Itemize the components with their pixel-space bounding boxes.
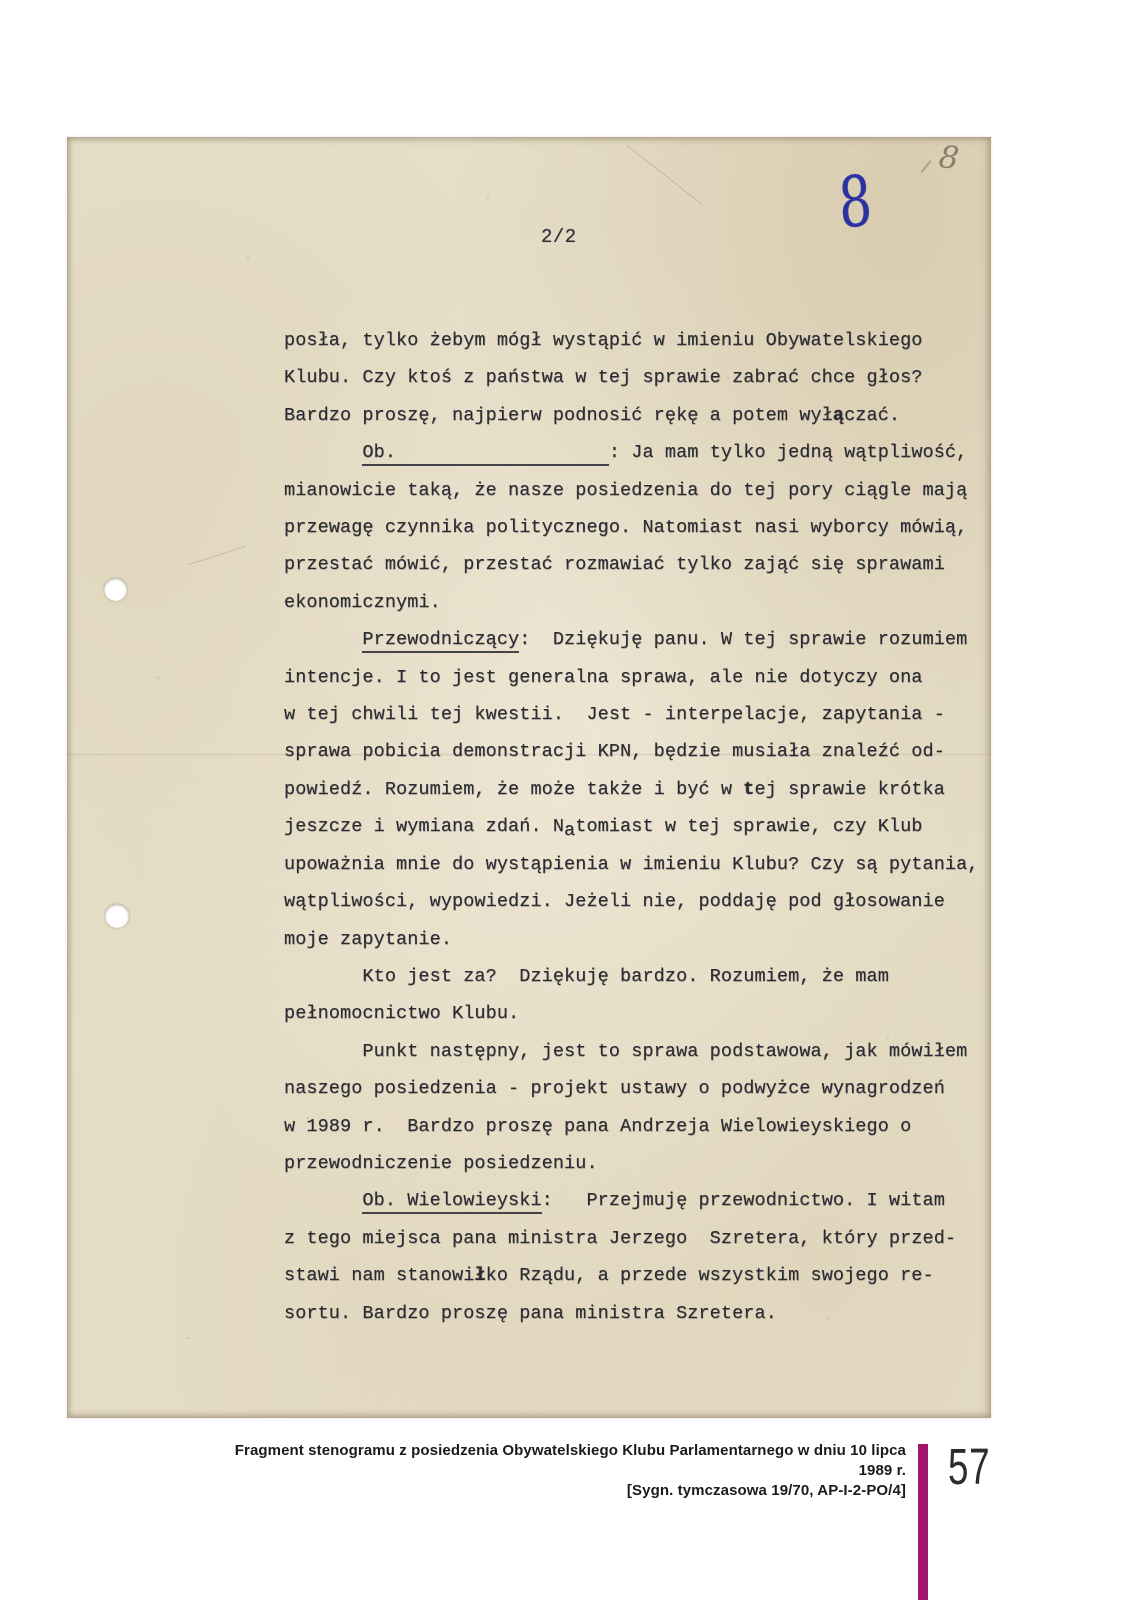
text-line: moje zapytanie. [284,929,979,966]
pencil-tick-mark [921,160,932,173]
text-line: Ob. Wielowieyski: Przejmuję przewodnictw… [284,1190,979,1227]
text-line: Kto jest za? Dziękuję bardzo. Rozumiem, … [284,966,979,1003]
hole-punch-bottom [105,904,129,928]
hole-punch-top [104,578,127,601]
scan-viewer: { "page": { "sheet_label": "2/2", "blue_… [0,0,1131,1600]
text-line: w tej chwili tej kwestii. Jest - interpe… [284,704,979,741]
text-line: intencje. I to jest generalna sprawa, al… [284,667,979,704]
paper-speckles [67,137,69,139]
text-line: przewodniczenie posiedzeniu. [284,1153,979,1190]
caption: Fragment stenogramu z posiedzenia Obywat… [206,1441,906,1501]
text-line: Bardzo proszę, najpierw podnosić rękę a … [284,405,979,442]
text-line: w 1989 r. Bardzo proszę pana Andrzeja Wi… [284,1116,979,1153]
text-line: pełnomocnictwo Klubu. [284,1003,979,1040]
handwritten-number-pencil: 8 [937,142,960,175]
text-line: posła, tylko żebym mógł wystąpić w imien… [284,330,979,367]
text-line: Przewodniczący: Dziękuję panu. W tej spr… [284,629,979,666]
accent-bar [918,1444,928,1600]
text-line: jeszcze i wymiana zdań. Natomiast w tej … [284,816,979,853]
text-line: przewagę czynnika politycznego. Natomias… [284,517,979,554]
text-line: stawi nam stanowiłko Rządu, a przede wsz… [284,1265,979,1302]
page-number: 57 [948,1441,990,1492]
text-line: ekonomicznymi. [284,592,979,629]
scanned-document-page: 2/2 8 8 posła, tylko żebym mógł wystąpić… [67,137,991,1418]
text-line: przestać mówić, przestać rozmawiać tylko… [284,554,979,591]
text-line: Punkt następny, jest to sprawa podstawow… [284,1041,979,1078]
text-line: Klubu. Czy ktoś z państwa w tej sprawie … [284,367,979,404]
paper-crease [626,145,701,204]
text-line: wątpliwości, wypowiedzi. Jeżeli nie, pod… [284,891,979,928]
text-line: upoważnia mnie do wystąpienia w imieniu … [284,854,979,891]
caption-line-2: [Sygn. tymczasowa 19/70, AP-I-2-PO/4] [206,1481,906,1501]
text-line: mianowicie taką, że nasze posiedzenia do… [284,480,979,517]
paper-crease-small [188,546,245,565]
text-line: naszego posiedzenia - projekt ustawy o p… [284,1078,979,1115]
text-line: sortu. Bardzo proszę pana ministra Szret… [284,1303,979,1340]
text-line: powiedź. Rozumiem, że może także i być w… [284,779,979,816]
typescript-body: posła, tylko żebym mógł wystąpić w imien… [284,330,979,1340]
text-line: sprawa pobicia demonstracji KPN, będzie … [284,741,979,778]
caption-line-1: Fragment stenogramu z posiedzenia Obywat… [206,1441,906,1481]
text-line: z tego miejsca pana ministra Jerzego Szr… [284,1228,979,1265]
text-line: Ob. : Ja mam tylko jedną wątpliwość, [284,442,979,479]
sheet-label: 2/2 [541,226,577,248]
handwritten-number-blue-ink: 8 [837,165,874,239]
